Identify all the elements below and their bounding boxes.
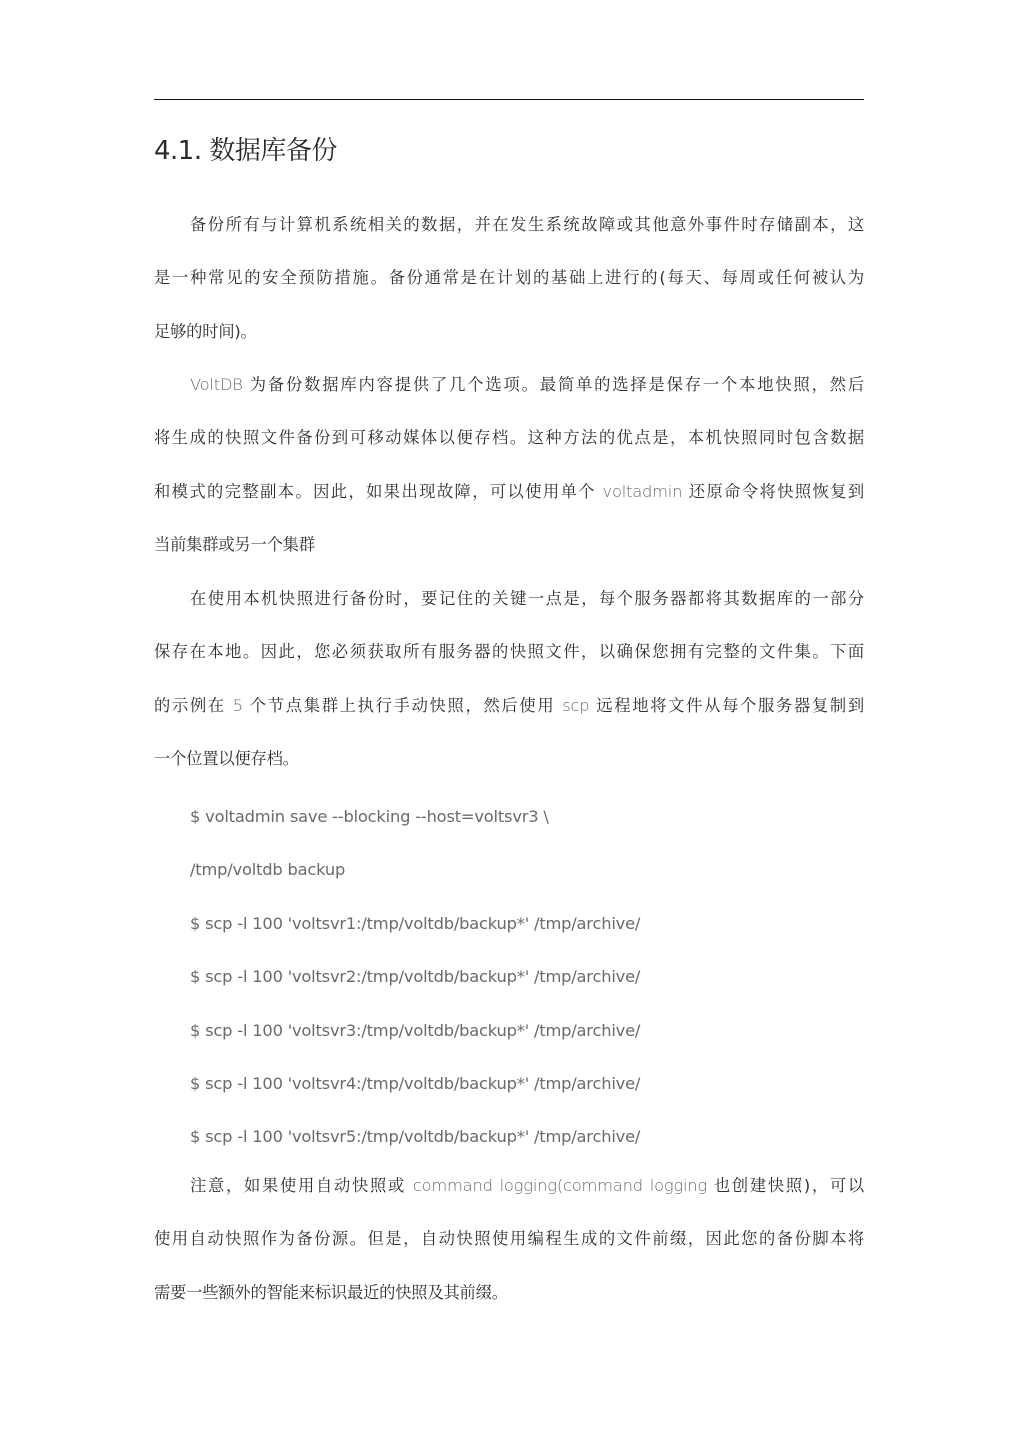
text-line: 足够的时间)。 [154, 305, 864, 358]
text-run: 足够的时间)。 [154, 322, 257, 341]
code-line: $ scp -l 100 'voltsvr4:/tmp/voltdb/backu… [190, 1057, 640, 1110]
text-run: 备份所有与计算机系统相关的数据，并在发生系统故障或其他意外事件时存储副本，这 [190, 215, 864, 234]
top-horizontal-rule [154, 99, 864, 100]
inline-term: 5 [233, 696, 243, 715]
paragraph-voltdb-options: VoltDB 为备份数据库内容提供了几个选项。最简单的选择是保存一个本地快照，然… [154, 358, 864, 572]
code-line: $ scp -l 100 'voltsvr3:/tmp/voltdb/backu… [190, 1004, 640, 1057]
inline-term: scp [562, 696, 589, 715]
inline-term: VoltDB [190, 375, 243, 394]
text-line: 的示例在 5 个节点集群上执行手动快照，然后使用 scp 远程地将文件从每个服务… [154, 679, 864, 732]
text-run: 一个位置以便存档。 [154, 749, 299, 768]
text-run: 在使用本机快照进行备份时，要记住的关键一点是，每个服务器都将其数据库的一部分 [190, 589, 864, 608]
text-run: 的示例在 [154, 696, 233, 715]
text-run: 当前集群或另一个集群 [154, 535, 315, 554]
text-run: 和模式的完整副本。因此，如果出现故障，可以使用单个 [154, 482, 603, 501]
section-heading: 4.1. 数据库备份 [154, 133, 337, 169]
text-run: 个节点集群上执行手动快照，然后使用 [243, 696, 562, 715]
text-line: 备份所有与计算机系统相关的数据，并在发生系统故障或其他意外事件时存储副本，这 [154, 198, 864, 251]
inline-term: voltadmin [603, 482, 683, 501]
text-run: 使用自动快照作为备份源。但是，自动快照使用编程生成的文件前缀，因此您的备份脚本将 [154, 1229, 864, 1248]
text-line: 和模式的完整副本。因此，如果出现故障，可以使用单个 voltadmin 还原命令… [154, 465, 864, 518]
text-line: 使用自动快照作为备份源。但是，自动快照使用编程生成的文件前缀，因此您的备份脚本将 [154, 1212, 864, 1265]
text-line: 注意，如果使用自动快照或 command logging(command log… [154, 1159, 864, 1212]
text-line: 保存在本地。因此，您必须获取所有服务器的快照文件，以确保您拥有完整的文件集。下面 [154, 625, 864, 678]
inline-term: command logging(command logging [413, 1176, 707, 1195]
text-line: VoltDB 为备份数据库内容提供了几个选项。最简单的选择是保存一个本地快照，然… [154, 358, 864, 411]
text-run: 也创建快照)，可以 [707, 1176, 864, 1195]
code-example-block: $ voltadmin save --blocking --host=volts… [190, 790, 640, 1164]
text-run: 注意，如果使用自动快照或 [190, 1176, 413, 1195]
text-run: 远程地将文件从每个服务器复制到 [589, 696, 864, 715]
text-line: 将生成的快照文件备份到可移动媒体以便存档。这种方法的优点是，本机快照同时包含数据 [154, 411, 864, 464]
code-line: $ scp -l 100 'voltsvr5:/tmp/voltdb/backu… [190, 1110, 640, 1163]
paragraph-backup-intro: 备份所有与计算机系统相关的数据，并在发生系统故障或其他意外事件时存储副本，这是一… [154, 198, 864, 358]
text-line: 需要一些额外的智能来标识最近的快照及其前缀。 [154, 1266, 864, 1319]
text-run: 将生成的快照文件备份到可移动媒体以便存档。这种方法的优点是，本机快照同时包含数据 [154, 428, 864, 447]
text-line: 当前集群或另一个集群 [154, 518, 864, 571]
paragraph-native-snapshots: 在使用本机快照进行备份时，要记住的关键一点是，每个服务器都将其数据库的一部分保存… [154, 572, 864, 786]
paragraph-automated-snapshots-note: 注意，如果使用自动快照或 command logging(command log… [154, 1159, 864, 1319]
text-run: 为备份数据库内容提供了几个选项。最简单的选择是保存一个本地快照，然后 [243, 375, 864, 394]
code-line: /tmp/voltdb backup [190, 843, 640, 896]
code-line: $ scp -l 100 'voltsvr1:/tmp/voltdb/backu… [190, 897, 640, 950]
text-line: 是一种常见的安全预防措施。备份通常是在计划的基础上进行的(每天、每周或任何被认为 [154, 251, 864, 304]
text-run: 是一种常见的安全预防措施。备份通常是在计划的基础上进行的(每天、每周或任何被认为 [154, 268, 864, 287]
code-line: $ voltadmin save --blocking --host=volts… [190, 790, 640, 843]
code-line: $ scp -l 100 'voltsvr2:/tmp/voltdb/backu… [190, 950, 640, 1003]
text-run: 需要一些额外的智能来标识最近的快照及其前缀。 [154, 1283, 508, 1302]
text-line: 一个位置以便存档。 [154, 732, 864, 785]
text-run: 还原命令将快照恢复到 [682, 482, 864, 501]
text-run: 保存在本地。因此，您必须获取所有服务器的快照文件，以确保您拥有完整的文件集。下面 [154, 642, 864, 661]
text-line: 在使用本机快照进行备份时，要记住的关键一点是，每个服务器都将其数据库的一部分 [154, 572, 864, 625]
